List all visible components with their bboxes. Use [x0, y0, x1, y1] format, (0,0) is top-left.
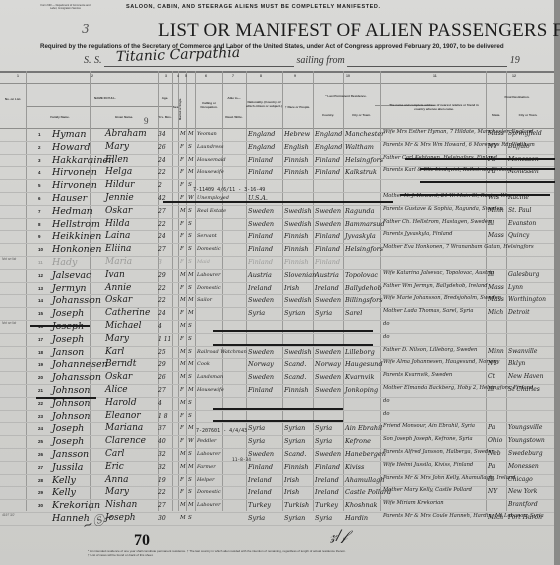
race: Syrian: [284, 514, 305, 522]
given-name: Jennie: [105, 193, 134, 203]
destination-state: Mass: [488, 232, 504, 239]
residence-city: Waltham: [345, 143, 374, 151]
given-name: Ivan: [105, 270, 125, 280]
passenger-row: 26JanssonCarl32MSLabourerSwedenScand.Swe…: [0, 448, 554, 462]
colnum-10: 10: [346, 74, 350, 78]
given-name: Ellen: [105, 155, 128, 165]
residence-city: Lilleborg: [345, 348, 375, 356]
header-calling: Calling or Occupation.: [196, 102, 222, 109]
nearest-relative: Father Wm Jermyn, Ballydehob, Ireland: [383, 283, 488, 289]
marital-status: S: [188, 144, 192, 150]
age: 24: [158, 233, 166, 240]
marital-status: S: [188, 246, 192, 252]
row-number: 5: [38, 183, 41, 188]
age: 26: [158, 374, 166, 381]
header-state: State.: [486, 114, 506, 118]
race: Swedish: [284, 296, 312, 304]
family-name: Hady: [52, 257, 77, 268]
residence-country: Finland: [315, 463, 340, 471]
destination-state: Ill: [488, 271, 494, 278]
residence-country: Sweden: [315, 220, 341, 228]
strike-line: [213, 420, 343, 422]
destination-city: Detroit: [508, 309, 530, 316]
row-number: 25: [38, 439, 43, 444]
row-number: 8: [38, 222, 41, 227]
sailing-from-label: sailing from: [297, 55, 345, 66]
nationality: Finland: [248, 232, 273, 240]
marital-status: S: [188, 477, 192, 483]
colnum-11: 11: [433, 74, 437, 78]
residence-city: Ballydehob: [345, 284, 382, 292]
sex: M: [180, 464, 186, 470]
race: Irish: [284, 476, 299, 484]
given-name: Mary: [105, 487, 129, 497]
race: Finnish: [284, 156, 309, 164]
sex: M: [180, 297, 186, 303]
age: 29: [158, 361, 166, 368]
header-family-name: Family Name.: [30, 116, 90, 120]
family-name: Joseph: [52, 308, 84, 319]
marital-status: S: [188, 336, 192, 342]
margin-note: Not on list: [2, 322, 16, 326]
nearest-relative: Wife Marie Johansson, Bredsjoholm, Swede…: [383, 295, 501, 301]
age: 32: [158, 451, 166, 458]
passenger-row: 14JohanssonOskar22MMSailorSwedenSwedishS…: [0, 294, 554, 308]
margin-note: 4197 3/2: [2, 514, 14, 518]
destination-city: Galesburg: [508, 271, 539, 278]
age: 29: [158, 272, 166, 279]
family-name: Hirvonen: [52, 180, 97, 191]
family-name: Joseph: [52, 436, 84, 447]
row-number: 17: [38, 337, 43, 342]
occupation: Laundress: [197, 144, 223, 150]
colnum-3: 3: [165, 74, 167, 78]
residence-city: Kiviss: [345, 463, 364, 471]
residence-city: Kefrone: [345, 437, 371, 445]
passenger-row: 27JussilaEric32MMFarmerFinlandFinnishFin…: [0, 461, 554, 475]
page-subtitle: Required by the regulations of the Secre…: [40, 43, 504, 50]
colnum-12: 12: [512, 74, 516, 78]
marital-status: S: [188, 233, 192, 239]
ss-label: S. S.: [84, 55, 102, 66]
nearest-relative: Son Joseph Joseph, Kefrone, Syria: [383, 436, 473, 442]
annotation-row26: 11-8-34: [232, 458, 251, 463]
nationality: Austria: [248, 271, 272, 279]
marital-status: S: [188, 451, 192, 457]
family-name: Joseph: [52, 321, 84, 332]
family-name: Jussila: [52, 462, 83, 473]
occupation: Domestic: [197, 489, 221, 495]
age: 27: [158, 246, 166, 253]
race: Scand.: [284, 360, 306, 368]
age: 19: [158, 477, 166, 484]
occupation: Cook: [197, 361, 210, 367]
passenger-row: 9HeikkinenLaina24FSServantFinlandFinnish…: [0, 230, 554, 244]
family-name: Hellstrom: [52, 219, 100, 230]
occupation: Farmer: [197, 464, 216, 470]
race: Swedish: [284, 348, 312, 356]
marital-status: M: [188, 361, 194, 367]
passenger-row: 13JermynAnnie22FSDomesticIrelandIrishIre…: [0, 282, 554, 296]
row-number: 9: [38, 234, 41, 239]
residence-country: Sweden: [315, 296, 341, 304]
residence-country: Ireland: [315, 488, 339, 496]
row-number: 14: [38, 298, 43, 303]
residence-city: Khoshnak: [345, 501, 377, 509]
marital-status: M: [188, 310, 194, 316]
destination-state: Ohio: [488, 437, 502, 444]
marital-status: M: [188, 157, 194, 163]
sex: M: [180, 451, 186, 457]
sex: F: [180, 246, 184, 252]
passenger-row: 19JohannesenBerndt29MMCookNorwayScand.No…: [0, 358, 554, 372]
nearest-relative: Parents Gustave & Sophia, Ragunda, Swede…: [383, 206, 503, 212]
sex: F: [180, 144, 184, 150]
occupation: Peddler: [197, 438, 216, 444]
nationality: Finland: [248, 168, 273, 176]
marital-status: S: [188, 489, 192, 495]
destination-city: Evanston: [508, 220, 536, 227]
residence-city: Ragunda: [345, 207, 375, 215]
row-number: 26: [38, 452, 43, 457]
nearest-relative: Parents Alfred Jansson, Halberga, Sweden: [383, 449, 495, 455]
strike-line: [213, 330, 373, 332]
race: Scand.: [284, 450, 306, 458]
sex: F: [180, 233, 184, 239]
marital-status: M: [188, 387, 194, 393]
colnum-4: 4: [177, 74, 179, 78]
row-number: 23: [38, 414, 43, 419]
occupation: Housemaid: [197, 157, 226, 163]
residence-country: Norway: [315, 360, 341, 368]
occupation: Yeoman: [197, 131, 217, 137]
residence-country: Syria: [315, 437, 332, 445]
occupation: Domestic: [197, 285, 221, 291]
residence-city: Topolovac: [345, 271, 378, 279]
passenger-row: 12JalsevacIvan29MMLabourerAustriaSloveni…: [0, 269, 554, 283]
given-name: Anna: [105, 475, 128, 485]
sex: F: [180, 221, 184, 227]
passenger-row: 28KellyAnna19FSHelperIrelandIrishIreland…: [0, 474, 554, 488]
given-name: Clarence: [105, 436, 146, 446]
sex: F: [180, 336, 184, 342]
marital-status: M: [188, 464, 194, 470]
destination-city: Youngsville: [508, 424, 542, 431]
row-number: 7: [38, 209, 41, 214]
given-name: Eliina: [105, 244, 131, 254]
header-read-write: Read. Write.: [222, 116, 246, 120]
marital-status: S: [188, 413, 192, 419]
header-dest-city: City or Town.: [506, 114, 550, 118]
residence-city: Sarel: [345, 309, 362, 317]
residence-city: Helsingfors: [345, 156, 383, 164]
destination-city: Port Huron: [508, 514, 542, 521]
nationality: Syria: [248, 424, 265, 432]
sex: M: [180, 361, 186, 367]
row-number: 27: [38, 465, 43, 470]
destination-city: Worthington: [508, 296, 546, 303]
nationality: Sweden: [248, 207, 274, 215]
strike-line: [213, 408, 343, 410]
destination-state: Pa: [488, 424, 495, 431]
family-name: Krekorian: [52, 500, 100, 511]
sex: M: [180, 400, 186, 406]
nationality: Finland: [248, 245, 273, 253]
family-name: Jansson: [52, 449, 89, 460]
nationality: Norway: [248, 360, 274, 368]
age: 4: [158, 400, 162, 407]
residence-city: Jonkoping: [345, 386, 378, 394]
passenger-row: 21JohnsonAlice27FMHousewifeFinlandFinnis…: [0, 384, 554, 398]
header-last-residence: * Last Permanent Residence.: [313, 95, 379, 99]
destination-city: Lynn: [508, 284, 523, 291]
row-number: 6: [38, 196, 41, 201]
marital-status: S: [188, 515, 192, 521]
residence-city: Haugesund: [345, 360, 383, 368]
header-name-in-full: NAME IN FULL.: [60, 97, 150, 101]
family-name: Honkonen: [52, 244, 101, 255]
nationality: Finland: [248, 463, 273, 471]
destination-city: St. Paul: [508, 207, 531, 214]
nearest-relative: do: [383, 321, 389, 327]
destination-state: NY: [488, 143, 497, 150]
passenger-row: 15JosephCatherine24FMSyriaSyrianSyriaSar…: [0, 307, 554, 321]
row-number: 11: [38, 260, 43, 265]
residence-city: Hanebergen: [345, 450, 386, 458]
residence-country: England: [315, 130, 342, 138]
page-edge: [554, 0, 560, 565]
race: Slovenian: [284, 271, 316, 279]
given-name: Berndt: [105, 359, 136, 369]
row-number: 28: [38, 478, 43, 483]
given-name: Helga: [105, 167, 132, 177]
residence-country: Finland: [315, 258, 340, 266]
nearest-relative: do: [383, 398, 389, 404]
race: Syrian: [284, 437, 305, 445]
marital-status: S: [188, 285, 192, 291]
sex: M: [180, 208, 186, 214]
age: 22: [158, 169, 166, 176]
destination-state: Mass: [488, 130, 504, 137]
annotation-row5: 7-11409 4/6/11 - 3-16-49: [193, 187, 265, 193]
age: 22: [158, 297, 166, 304]
family-name: Johansson: [52, 295, 101, 306]
nationality: England: [248, 143, 275, 151]
family-name: Johnson: [52, 385, 90, 396]
destination-state: Mich: [488, 309, 503, 316]
residence-country: Sweden: [315, 348, 341, 356]
header-no-on-list: No. on List.: [2, 98, 24, 102]
marital-status: M: [188, 131, 194, 137]
family-name: Howard: [52, 142, 90, 153]
nationality: Ireland: [248, 488, 272, 496]
family-name: Hirvonen: [52, 167, 97, 178]
nearest-relative: Wife Alma Johannesen, Haugesund, Norway: [383, 359, 499, 365]
nearest-relative: Mother Eva Honkonen, 7 Wrananbam Gatan, …: [383, 244, 534, 250]
row-number: 21: [38, 388, 43, 393]
nearest-relative: Mother Mary Kelly, Castle Pollard: [383, 487, 472, 493]
passenger-row: 1HymanAbraham34MMYeomanEnglandHebrewEngl…: [0, 128, 554, 142]
age: 22: [158, 489, 166, 496]
sex: F: [180, 477, 184, 483]
race: Syrian: [284, 424, 305, 432]
nearest-relative: Wife Miriam Krekorian: [383, 500, 444, 506]
nationality: Finland: [248, 156, 273, 164]
residence-country: Sweden: [315, 207, 341, 215]
destination-state: Mich: [488, 514, 503, 521]
destination-state: Ill: [488, 476, 494, 483]
occupation: Sailor: [197, 297, 212, 303]
colnum-7: 7: [232, 74, 234, 78]
passenger-row: 18JansonKarl25MSRailroad WatchmanSwedenS…: [0, 346, 554, 360]
age: 22: [158, 221, 166, 228]
residence-city: Kalkstruk: [345, 168, 377, 176]
residence-country: Austria: [315, 271, 339, 279]
strike-line: [36, 397, 96, 399]
given-name: Annie: [105, 283, 131, 293]
header-age: Age.: [158, 97, 172, 101]
residence-country: Sweden: [315, 450, 341, 458]
destination-state: Ct: [488, 373, 495, 380]
given-name: Oskar: [105, 295, 132, 305]
sex: F: [180, 310, 184, 316]
row-number: 12: [38, 273, 43, 278]
row-number: 18: [38, 350, 43, 355]
marital-status: S: [188, 221, 192, 227]
nationality: Ireland: [248, 284, 272, 292]
occupation: Labourer: [197, 502, 220, 508]
residence-country: Finland: [315, 156, 340, 164]
destination-city: Monessen: [508, 463, 539, 470]
residence-city: Ahamullagh: [345, 476, 385, 484]
strike-line: [420, 168, 555, 170]
destination-city: Brantford: [508, 501, 538, 508]
residence-city: Jyvaskyla: [345, 232, 376, 240]
destination-city: Springfield: [508, 130, 542, 137]
family-name: Hyman: [52, 129, 86, 140]
row-number: 19: [38, 362, 43, 367]
given-name: Abraham: [105, 129, 147, 139]
age: 27: [158, 502, 166, 509]
colnum-9: 9: [294, 74, 296, 78]
colnum-5: 5: [185, 74, 187, 78]
given-name: Catherine: [105, 308, 150, 318]
residence-country: Finland: [315, 232, 340, 240]
header-mark: 9: [144, 116, 149, 126]
age: 27: [158, 387, 166, 394]
age: 2: [158, 182, 162, 189]
sex: M: [180, 131, 186, 137]
header-age-sub: Yrs. Mos.: [158, 116, 172, 120]
passenger-row: 30KrekorianNishan27MMLabourerTurkeyTurki…: [0, 499, 554, 513]
total-count: 70: [134, 532, 150, 550]
residence-country: Syria: [315, 514, 332, 522]
given-name: Mary: [105, 142, 129, 152]
colnum-1: 1: [17, 74, 19, 78]
nearest-relative: do: [383, 334, 389, 340]
header-nationality: Nationality. (Country of which citizen o…: [246, 101, 282, 108]
family-name: Joseph: [52, 423, 84, 434]
age: 25: [158, 349, 166, 356]
nearest-relative: Friend Monsour, Ain Ebrahil, Syria: [383, 423, 475, 429]
destination-state: Neb: [488, 450, 501, 457]
row-number: 29: [38, 490, 43, 495]
occupation: Housewife: [197, 387, 224, 393]
race: Irish: [284, 284, 299, 292]
given-name: Eleanor: [105, 411, 141, 421]
sex: M: [180, 272, 186, 278]
occupation: Landsman: [197, 374, 223, 380]
age: 4: [158, 323, 162, 330]
family-name: Kelly: [52, 487, 76, 498]
passenger-row: 24JosephMariana37FMSyriaSyrianSyriaAin E…: [0, 422, 554, 436]
family-name: Hauser: [52, 193, 87, 204]
given-name: Oskar: [105, 372, 132, 382]
race: Hebrew: [284, 130, 310, 138]
row-number: 1: [38, 132, 41, 137]
header-country: Country.: [313, 114, 343, 118]
family-name: Jermyn: [52, 283, 86, 294]
residence-country: Syria: [315, 424, 332, 432]
sex: M: [180, 502, 186, 508]
family-name: Johnson: [52, 398, 90, 409]
margin-note: Not on list: [2, 258, 16, 262]
row-number: 4: [38, 170, 41, 175]
nearest-relative: Wife Katarina Jalsevac, Topolovac, Austr…: [383, 270, 494, 276]
age: 40: [158, 438, 166, 445]
passenger-row: 2HowardMary26FSLaundressEnglandEnglishEn…: [0, 141, 554, 155]
given-name: Maria: [105, 257, 132, 267]
marital-status: S: [188, 374, 192, 380]
destination-state: Minn: [488, 348, 504, 355]
header-race: † Race or People.: [282, 106, 313, 110]
row-number: 20: [38, 375, 43, 380]
nationality: Sweden: [248, 373, 274, 381]
age: 1 11: [158, 336, 171, 343]
marital-status: M: [188, 169, 194, 175]
destination-city: Swanville: [508, 348, 537, 355]
given-name: Hilda: [105, 219, 130, 229]
age: 37: [158, 425, 166, 432]
row-number: 15: [38, 311, 43, 316]
nationality: England: [248, 130, 275, 138]
residence-city: Helsingfors: [345, 245, 383, 253]
age: 24: [158, 310, 166, 317]
header-able-to: Able to—: [222, 97, 246, 101]
destination-city: Youngstown: [508, 437, 545, 444]
destination-city: New Haven: [508, 373, 543, 380]
given-name: Hildur: [105, 180, 134, 190]
family-name: Joseph: [52, 334, 84, 345]
nationality: Ireland: [248, 476, 272, 484]
strike-line: [400, 194, 550, 196]
destination-state: Ill: [488, 220, 494, 227]
given-name: Karl: [105, 347, 124, 357]
destination-state: Minn: [488, 207, 504, 214]
marital-status: S: [188, 349, 192, 355]
annotation-row24: 7-207601 - 4/4/43: [196, 428, 247, 434]
nationality: Syria: [248, 309, 265, 317]
marital-status: M: [188, 272, 194, 278]
destination-city: Chicago: [508, 476, 533, 483]
sex: F: [180, 169, 184, 175]
nearest-relative: Wife Helmi Jussila, Kiviss, Finland: [383, 462, 473, 468]
nationality: Turkey: [248, 501, 271, 509]
form-stamp: Form 630 — Department of Commerce and La…: [38, 4, 93, 10]
given-name: Alice: [105, 385, 128, 395]
race: Finnish: [284, 258, 309, 266]
row-number: 13: [38, 286, 43, 291]
